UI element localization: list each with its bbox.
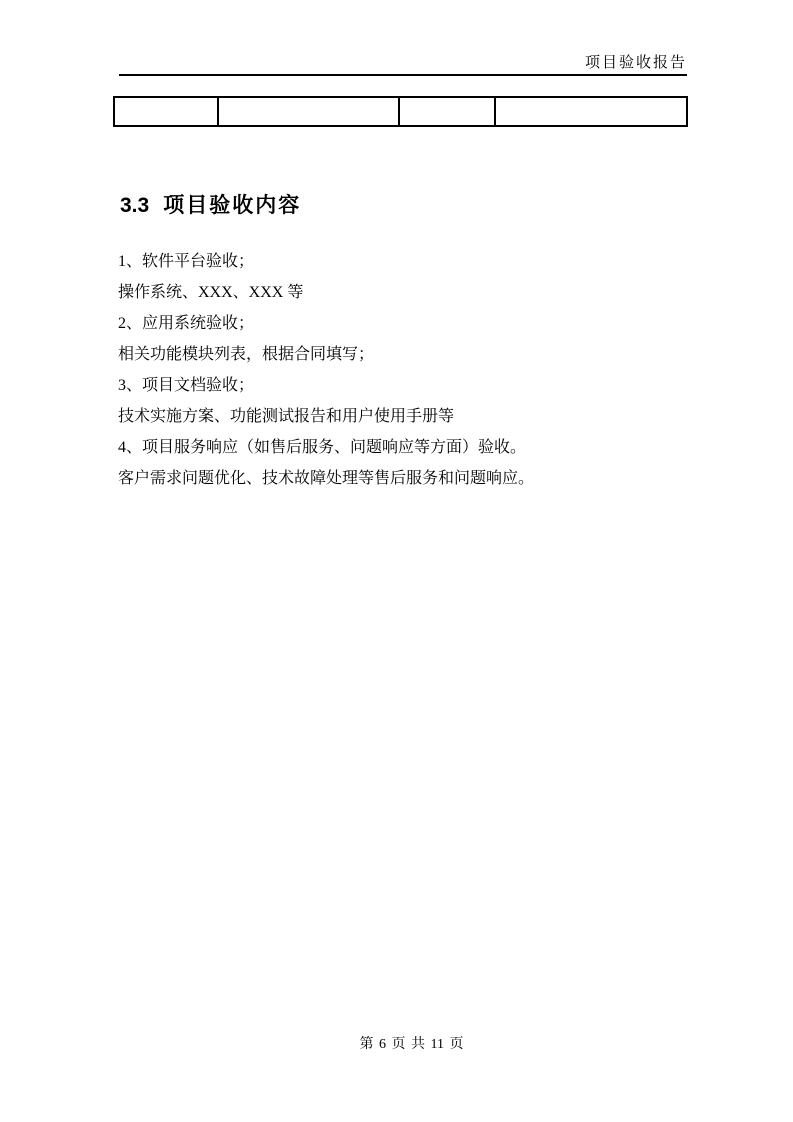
paragraph: 操作系统、XXX、XXX 等 [118, 277, 703, 308]
body-content: 1、软件平台验收； 操作系统、XXX、XXX 等 2、应用系统验收； 相关功能模… [118, 246, 703, 494]
paragraph: 3、项目文档验收； [118, 370, 703, 401]
table-cell [218, 97, 399, 126]
table-cell [399, 97, 495, 126]
header-rule [119, 74, 687, 76]
section-heading: 3.3项目验收内容 [120, 194, 301, 218]
page-footer: 第 6 页 共 11 页 [0, 1036, 793, 1053]
continuation-table [113, 96, 688, 127]
paragraph: 相关功能模块列表，根据合同填写； [118, 339, 703, 370]
table-cell [495, 97, 687, 126]
section-number: 3.3 [120, 194, 149, 217]
section-title: 项目验收内容 [163, 194, 301, 217]
paragraph: 技术实施方案、功能测试报告和用户使用手册等 [118, 401, 703, 432]
paragraph: 客户需求问题优化、技术故障处理等售后服务和问题响应。 [118, 463, 703, 494]
paragraph: 4、项目服务响应（如售后服务、问题响应等方面）验收。 [118, 432, 703, 463]
header-title: 项目验收报告 [0, 54, 687, 72]
paragraph: 1、软件平台验收； [118, 246, 703, 277]
page-number-text: 第 6 页 共 11 页 [360, 1037, 464, 1052]
paragraph: 2、应用系统验收； [118, 308, 703, 339]
table-cell [114, 97, 218, 126]
table-row [114, 97, 687, 126]
document-page: 项目验收报告 3.3项目验收内容 1、软件平台验收； 操作系统、XXX、XXX … [0, 0, 793, 1122]
